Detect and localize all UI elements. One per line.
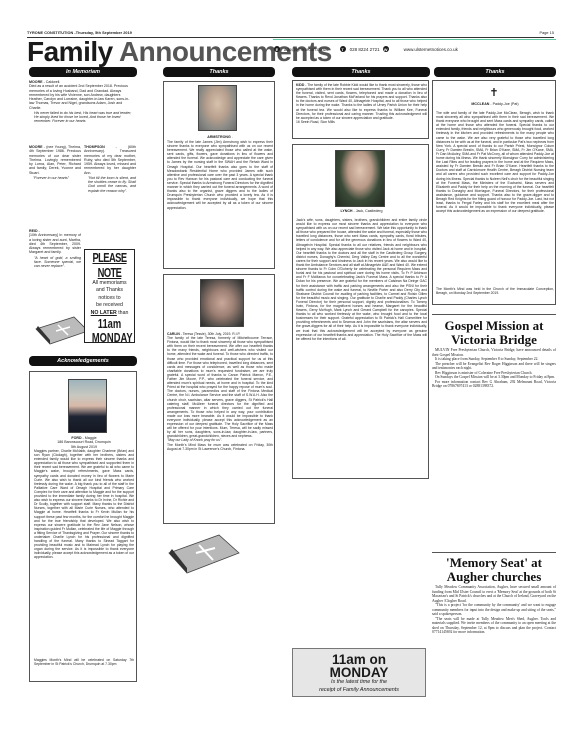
please-note-line: and Thanks — [85, 287, 134, 294]
armstrong-header: ARMSTRONG . — [167, 135, 273, 139]
armstrong-photo — [198, 85, 237, 131]
please-note-line: be received — [85, 302, 134, 309]
section-header-thanks: Thanks — [292, 67, 430, 77]
memoriam-thompson: THOMPSON - (60th Anniversary). Treasured… — [84, 145, 136, 193]
bible-icon — [163, 533, 241, 575]
gospel-paragraph: The preacher will be Evangelist Rev Roge… — [432, 362, 556, 371]
memoriam-moore-caldwell: MOORE - Caldwell. Died as a result of an… — [29, 80, 134, 124]
gospel-paragraph: It is taking place from Sunday, Septembe… — [432, 357, 556, 362]
deadline-day: MONDAY — [293, 666, 425, 679]
mcclean-footer: The Month's Mind was held in the Church … — [436, 287, 554, 295]
deadline-box: 11am on MONDAY Is the latest time for th… — [292, 648, 426, 697]
carlin-footer: The Month's Mind Mass for mum was celebr… — [167, 443, 273, 451]
lynch-detail: - Jack, Castlederg — [353, 209, 383, 213]
gospel-paragraph: MULVIN Free Presbyterian Church, Victori… — [432, 348, 556, 357]
than-text: than — [117, 310, 129, 316]
ford-footer: Maggies Month's Mind will be celebrated … — [34, 658, 134, 666]
carlin-photo — [200, 279, 244, 327]
deadline-caption: Is the latest time for the — [293, 679, 425, 687]
please-note-line: All memoriams — [85, 280, 134, 287]
mcclean-detail: - Paddy-Joe (Pat) — [489, 102, 518, 106]
ford-header: FORD - Maggie 186 Baronscourt Road, Drum… — [33, 436, 135, 449]
lynch-notice: LYNCH - Jack, Castlederg Jack's wife, so… — [292, 144, 429, 479]
phone-icon: T — [340, 46, 346, 52]
armstrong-name: ARMSTRONG — [207, 135, 231, 139]
mcclean-notice: ✝ MCCLEAN - Paddy-Joe (Pat) The wife and… — [432, 80, 556, 305]
article-divider — [432, 552, 556, 553]
memory-seat-body: Tully Meadow Community Association, Augh… — [432, 585, 556, 635]
memoriam-verse: "Not till the loom is silent, and the sh… — [84, 176, 136, 193]
mcclean-body: The wife and family of the late Paddy-Jo… — [436, 111, 554, 213]
ford-notice: FORD - Maggie 186 Baronscourt Road, Drum… — [29, 371, 137, 682]
carlin-text: CARLIN - Teresa (Tessie), 30th July, 201… — [167, 332, 273, 451]
kidd-text: KIDD - The family of the late Robbie Kid… — [296, 83, 427, 124]
memory-seat-paragraph: Tully Meadow Community Association, Augh… — [432, 585, 556, 603]
email-link[interactable]: ads@tyronecon.co.uk — [284, 47, 328, 52]
lynch-photo — [335, 150, 385, 207]
memoriam-body: [10th Anniversary] In memory of a loving… — [29, 233, 81, 254]
armstrong-body: The family of the late James (Jim) Armst… — [167, 140, 273, 210]
memoriam-detail: - (60th Anniversary). Treasured memories… — [84, 145, 136, 175]
page-number: Page 15 — [540, 31, 555, 35]
lynch-name: LYNCH — [340, 209, 352, 213]
memoriam-verse: His never failed to do his best, His hea… — [29, 111, 134, 124]
cross-icon: ✝ — [483, 88, 505, 99]
memory-seat-paragraph: "The seats will be made at Tully Meadow … — [432, 617, 556, 635]
armstrong-detail: . — [231, 135, 233, 139]
please-note-line: notices to — [85, 295, 134, 302]
section-header-thanks: Thanks — [434, 67, 556, 77]
kidd-address: 16 Seein Road, Sion Mills — [296, 120, 427, 124]
kidd-body: - The family of the late Robbie Kidd wou… — [296, 83, 427, 120]
mcclean-name: MCCLEAN — [471, 102, 489, 106]
please-note-deadline: 11am MONDAY — [92, 317, 127, 345]
gospel-mission-article: Gospel Mission at Victoria Bridge MULVIN… — [432, 319, 556, 389]
mcclean-header: MCCLEAN - Paddy-Joe (Pat) — [436, 102, 554, 106]
gospel-headline: Gospel Mission at Victoria Bridge — [432, 319, 556, 346]
memoriam-detail: - (nee Young), Thelma, 4th September 198… — [29, 145, 81, 175]
ford-body: Maggies partner, Charlie McNabb, daughte… — [34, 449, 134, 560]
memoriam-reid: REID - [10th Anniversary] In memory of a… — [29, 229, 81, 268]
memoriam-verse: "A heart of gold, a smiling face. Someon… — [29, 256, 81, 269]
memoriam-moore-young: MOORE - (nee Young), Thelma, 4th Septemb… — [29, 145, 81, 180]
armstrong-notice: ARMSTRONG . The family of the late James… — [163, 81, 275, 269]
memory-seat-paragraph: "This is a project 'for the community by… — [432, 603, 556, 617]
contact-bar: E ads@tyronecon.co.uk T 028 8224 2721 W … — [274, 44, 558, 54]
ford-photo — [68, 379, 107, 433]
kidd-notice: KIDD - The family of the late Robbie Kid… — [292, 80, 429, 139]
carlin-notice: CARLIN - Teresa (Tessie), 30th July, 201… — [163, 274, 275, 524]
carlin-body: The family of the late Teresa, formerly … — [167, 336, 273, 438]
please-note-heading: PLEASE NOTE — [92, 250, 127, 280]
lynch-header: LYNCH - Jack, Castlederg — [296, 209, 427, 213]
gospel-paragraph: For more information contact Rev G Abrah… — [432, 380, 556, 389]
publication-dateline: TYRONE CONSTITUTION -Thursday, 5th Septe… — [27, 31, 132, 35]
gospel-body: MULVIN Free Presbyterian Church, Victori… — [432, 348, 556, 389]
title-word-family: Family — [27, 36, 113, 67]
web-icon: W — [383, 46, 389, 52]
memory-seat-headline: 'Memory Seat' at Augher churches — [432, 556, 556, 583]
bible-icon — [30, 315, 90, 345]
no-later-text: NO LATER — [91, 310, 117, 316]
memoriam-verse: "Forever in our hearts" — [29, 176, 81, 180]
website-link[interactable]: www.ulsternetnotices.co.uk — [404, 47, 458, 52]
section-header-acknowledgements: Acknowledgements — [29, 356, 137, 366]
article-divider — [432, 314, 556, 315]
memory-seat-article: 'Memory Seat' at Augher churches Tully M… — [432, 556, 556, 635]
email-icon: E — [274, 46, 280, 52]
lynch-body: Jack's wife, sons, daughters, sisters, b… — [296, 218, 427, 341]
section-header-thanks: Thanks — [163, 67, 275, 77]
please-note-box: PLEASE NOTE All memoriams and Thanks not… — [84, 249, 135, 343]
deadline-caption: receipt of Family Announcements — [293, 687, 425, 695]
section-header-in-memoriam: In Memoriam — [29, 67, 137, 77]
phone-number: 028 8224 2721 — [350, 47, 380, 52]
memoriam-body: Died as a result of an accident 2nd Sept… — [29, 84, 134, 110]
